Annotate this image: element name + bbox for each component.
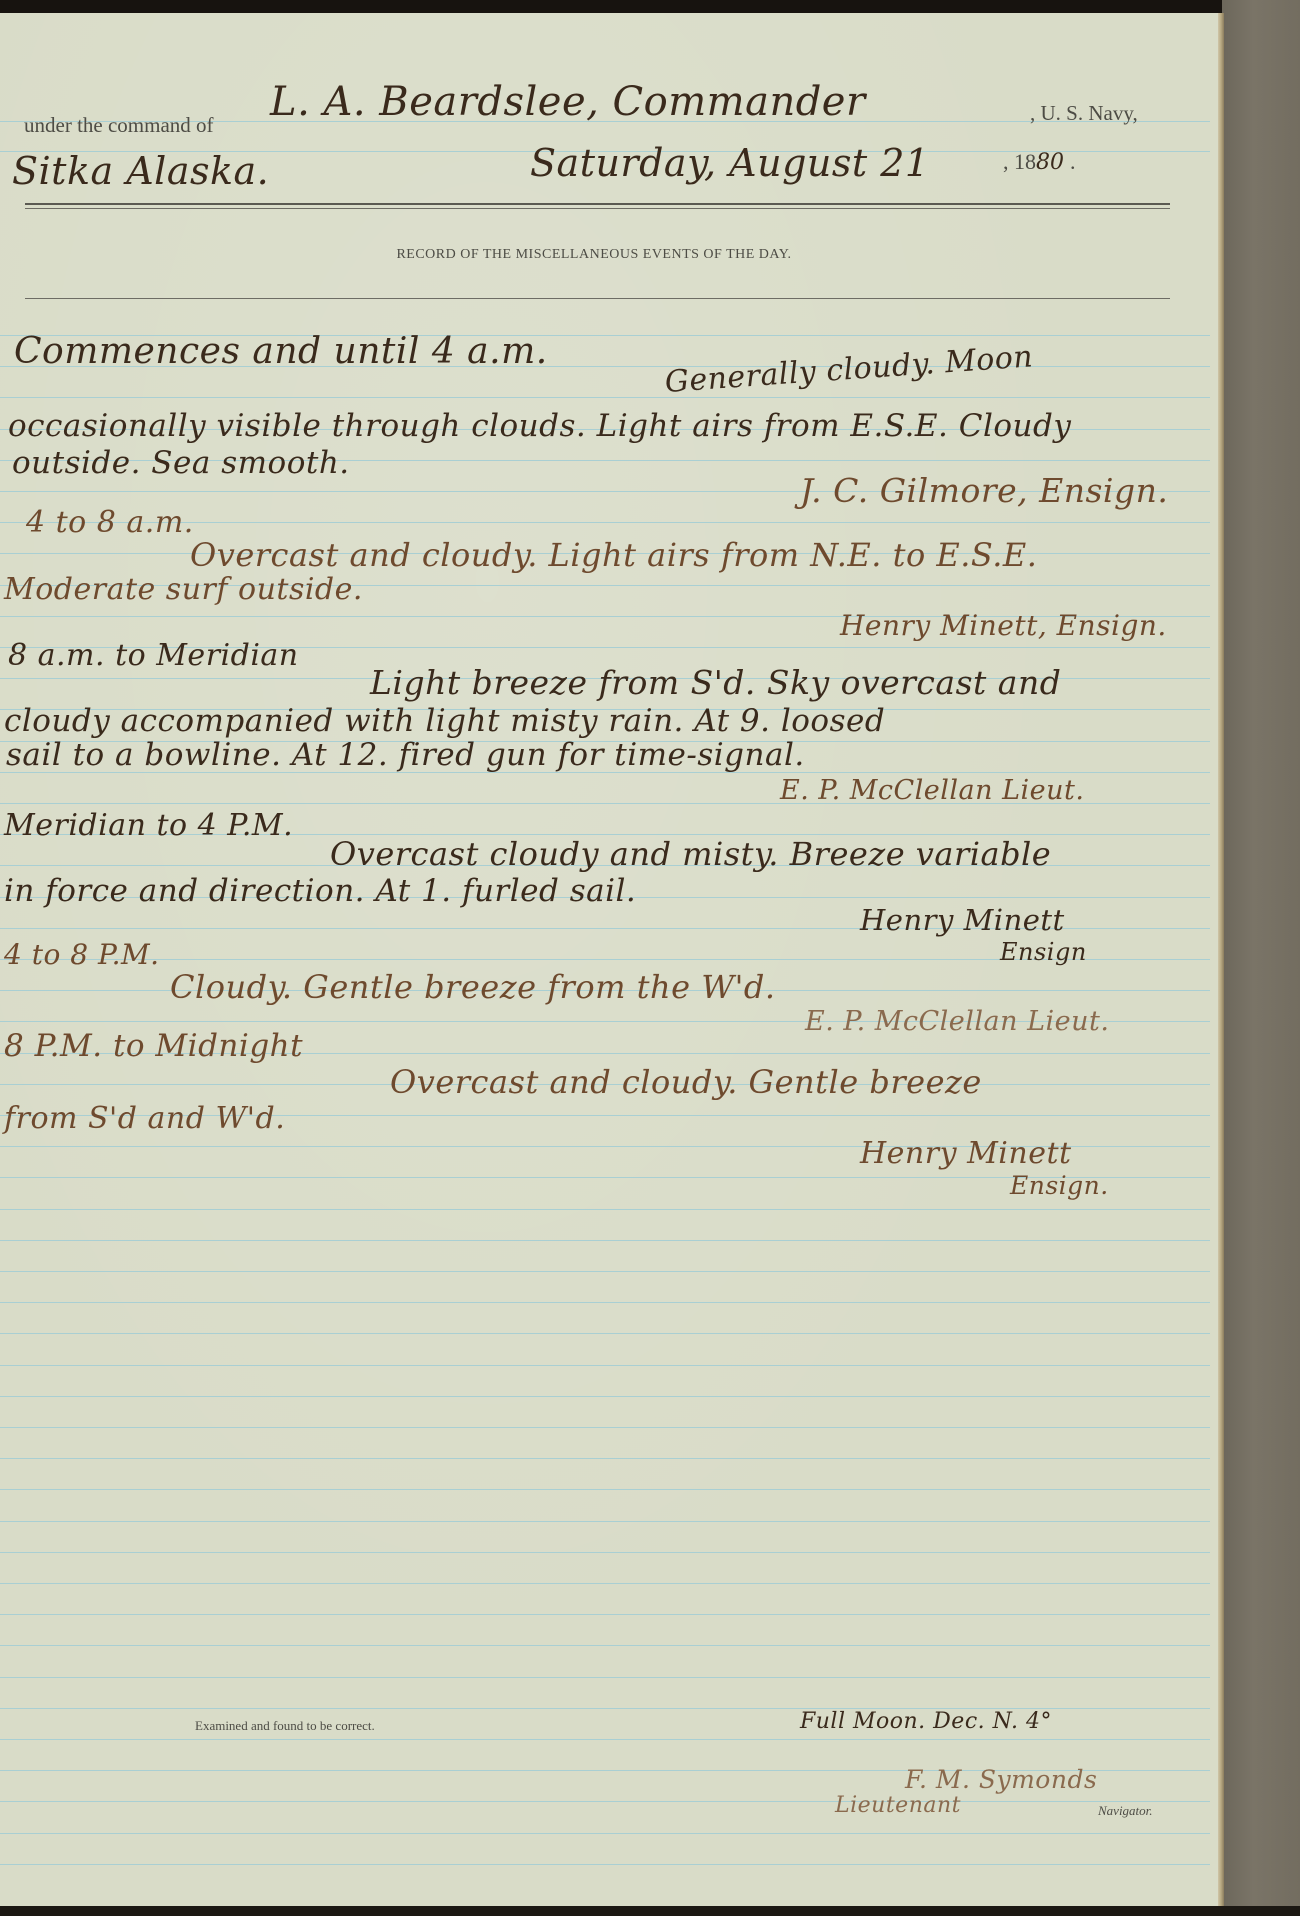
watch-line: outside. Sea smooth. [12,445,350,481]
watch-line: Light breeze from S'd. Sky overcast and [370,663,1061,702]
watch-period: 4 to 8 a.m. [26,505,194,540]
ruled-line [0,1458,1210,1459]
ruled-line [0,1833,1210,1834]
year-period: . [1070,149,1076,174]
ruled-line [0,1271,1210,1272]
page-edge [1218,13,1224,1906]
ruled-line [0,1302,1210,1303]
ruled-line [0,1209,1210,1210]
scan-bottom-border [0,1906,1300,1916]
navigator-label: Navigator. [1098,1803,1153,1819]
watch-signature: J. C. Gilmore, Ensign. [800,471,1168,510]
ruled-line [0,1333,1210,1334]
ruled-line [0,1521,1210,1522]
watch-line: from S'd and W'd. [4,1101,285,1136]
navy-label: , U. S. Navy, [1030,101,1138,126]
watch-period: 8 a.m. to Meridian [8,638,299,673]
commander-name: L. A. Beardslee, Commander [270,79,866,125]
log-year: , 1880. [1003,149,1076,175]
ruled-line [0,1801,1210,1802]
watch-line: Generally cloudy. Moon [664,339,1034,400]
watch-line: Moderate surf outside. [4,572,363,607]
header-double-rule-bottom [25,208,1170,209]
watch-line: sail to a bowline. At 12. fired gun for … [6,737,805,773]
navigator-signature: F. M. Symonds [905,1765,1097,1794]
ruled-line [0,1864,1210,1865]
location: Sitka Alaska. [12,149,269,193]
ruled-line [0,1583,1210,1584]
ruled-line [0,1614,1210,1615]
watch-line: occasionally visible through clouds. Lig… [8,408,1071,444]
moon-note: Full Moon. Dec. N. 4° [800,1709,1052,1734]
watch-signature: E. P. McClellan Lieut. [805,1006,1109,1037]
ruled-line [0,1677,1210,1678]
year-suffix: 80 [1036,150,1064,175]
ruled-line [0,1645,1210,1646]
watch-line: in force and direction. At 1. furled sai… [4,873,636,909]
navigator-rank-handwritten: Lieutenant [835,1793,961,1818]
section-title: RECORD OF THE MISCELLANEOUS EVENTS OF TH… [0,247,1188,263]
header-double-rule-top [25,203,1170,205]
watch-line: cloudy accompanied with light misty rain… [4,703,885,739]
logbook-page: under the command of L. A. Beardslee, Co… [0,13,1218,1906]
watch-signature: Henry Minett [860,1136,1072,1171]
section-rule [25,298,1170,299]
log-date: Saturday, August 21 [530,141,930,185]
watch-period: Meridian to 4 P.M. [4,808,293,843]
ruled-line [0,1240,1210,1241]
ruled-line [0,1489,1210,1490]
ruled-line [0,1396,1210,1397]
watch-signature-rank: Ensign. [1010,1171,1109,1200]
watch-signature: Henry Minett [860,903,1065,937]
watch-line: Overcast and cloudy. Gentle breeze [390,1063,982,1101]
ruled-line [0,1365,1210,1366]
watch-line: Overcast cloudy and misty. Breeze variab… [330,835,1051,873]
watch-line: Overcast and cloudy. Light airs from N.E… [190,536,1037,574]
scan-top-border [0,0,1300,13]
watch-period: Commences and until 4 a.m. [14,331,548,372]
ruled-line [0,397,1210,398]
ruled-line [0,1427,1210,1428]
examined-label: Examined and found to be correct. [195,1718,375,1734]
command-label: under the command of [24,113,214,138]
ruled-line [0,1552,1210,1553]
ruled-line [0,1739,1210,1740]
watch-period: 8 P.M. to Midnight [4,1028,303,1064]
watch-signature: E. P. McClellan Lieut. [780,775,1084,806]
scan-background [1222,0,1300,1916]
watch-signature-rank: Ensign [1000,938,1087,966]
year-prefix: , 18 [1003,149,1036,174]
watch-period: 4 to 8 P.M. [4,938,160,971]
watch-line: Cloudy. Gentle breeze from the W'd. [170,968,776,1006]
watch-signature: Henry Minett, Ensign. [840,609,1167,642]
